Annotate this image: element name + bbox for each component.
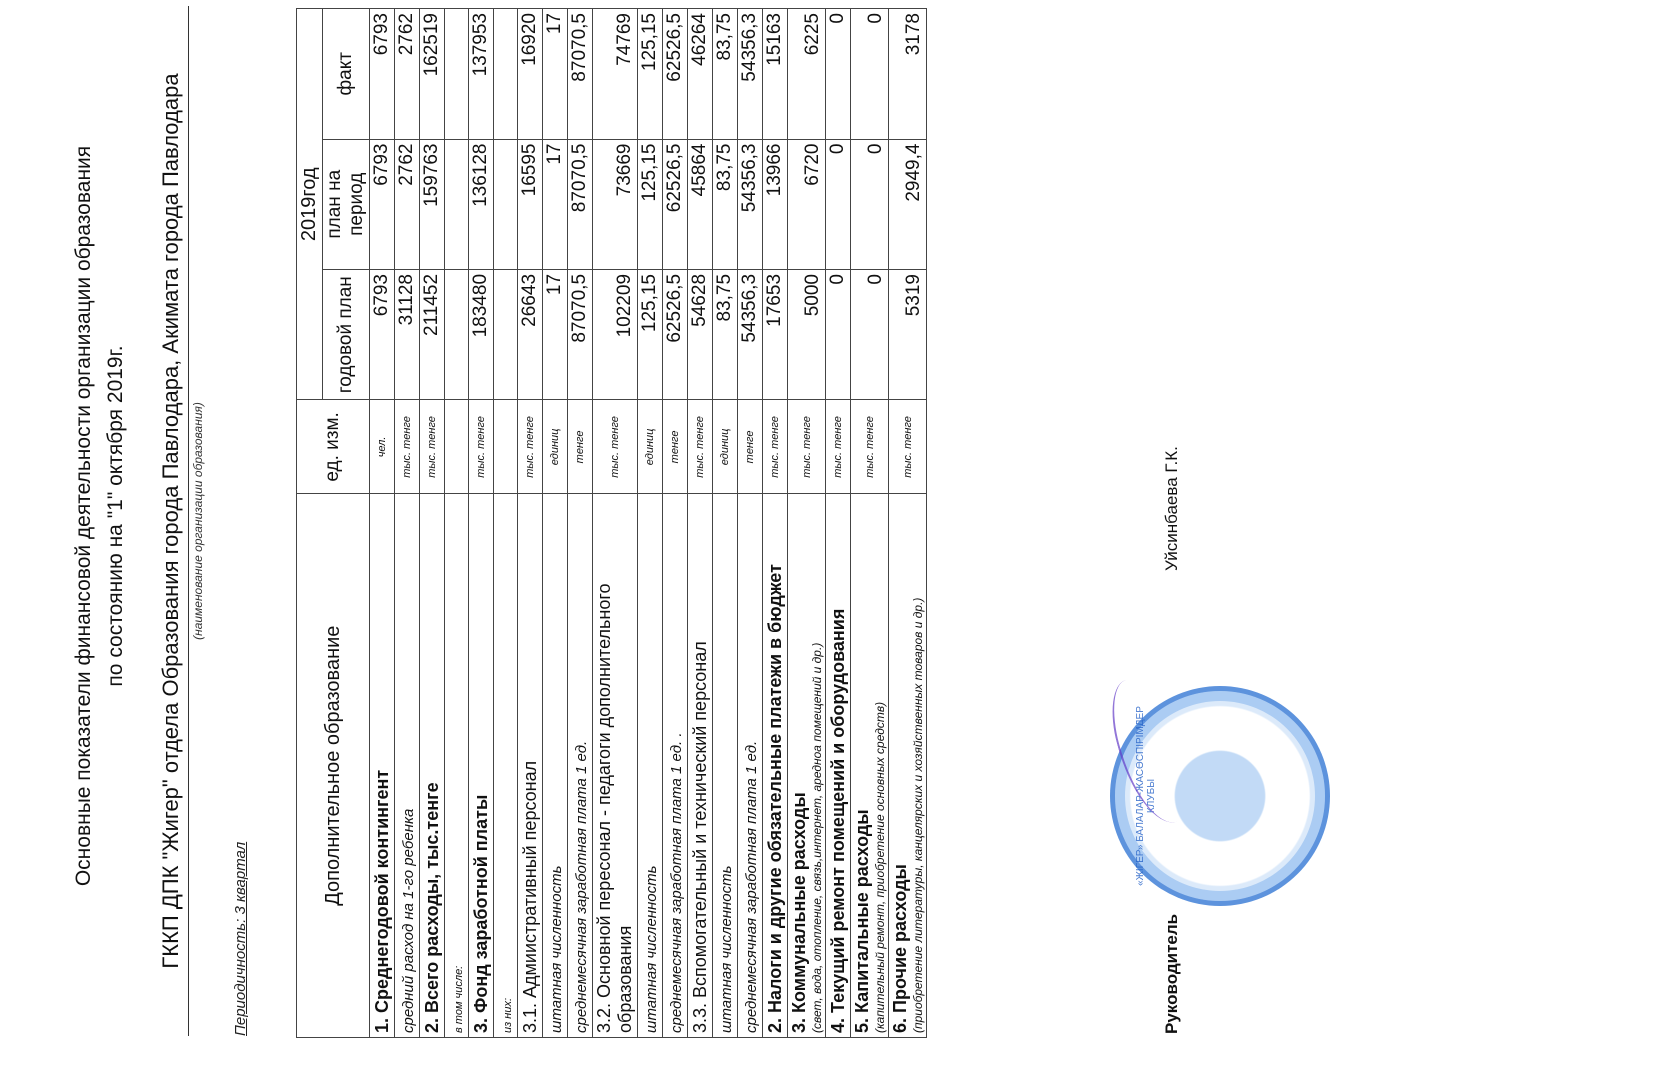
cell-fact: 17 [543,9,568,140]
table-row: 4. Текущий ремонт помещений и оборудован… [826,9,851,1038]
table-row: 3. Коммунальные расходы(свет, вода, отоп… [788,9,826,1038]
cell-fact: 62526,5 [663,9,688,140]
row-unit: единиц [638,400,663,494]
table-row: 3. Фонд заработной платытыс. тенге183480… [469,9,494,1038]
row-name: 3. Коммунальные расходы(свет, вода, отоп… [788,494,826,1038]
cell-fact [494,9,518,140]
row-name: 3.3. Вспомогательный и технический персо… [688,494,713,1038]
column-header-fact: факт [323,9,370,140]
row-name: 3.2. Основной пересонал - педагоги допол… [593,494,638,1038]
cell-fact: 3178 [889,9,927,140]
organization-underline [188,6,189,1036]
row-unit: чел. [370,400,395,494]
row-name: средний расход на 1-го ребенка [395,494,420,1038]
cell-period-plan: 87070,5 [568,139,593,269]
cell-annual-plan: 54356,3 [738,269,763,400]
cell-fact: 0 [826,9,851,140]
signer-label: Руководитель [1162,914,1182,1034]
row-name: 3. Фонд заработной платы [469,494,494,1038]
cell-period-plan: 6793 [370,139,395,269]
row-note: (приобретение литературы, канцелярских и… [911,498,925,1033]
table-row: 6. Прочие расходы(приобретение литератур… [889,9,927,1038]
cell-period-plan: 6720 [788,139,826,269]
table-row: 2. Всего расходы, тыс.тенгетыс. тенге211… [420,9,445,1038]
cell-fact [445,9,469,140]
cell-period-plan: 0 [826,139,851,269]
table-row: 1. Среднегодовой контингентчел.679367936… [370,9,395,1038]
row-unit: тыс. тенге [788,400,826,494]
report-date: по состоянию на "1" октября 2019г. [104,46,128,986]
row-unit: тенге [568,400,593,494]
column-header-year: 2019год [297,9,323,401]
row-name: 1. Среднегодовой контингент [370,494,395,1038]
row-name: из них: [494,494,518,1038]
cell-fact: 6225 [788,9,826,140]
row-name: 6. Прочие расходы(приобретение литератур… [889,494,927,1038]
cell-period-plan: 136128 [469,139,494,269]
cell-period-plan: 2949,4 [889,139,927,269]
row-unit: тыс. тенге [518,400,543,494]
row-unit: тыс. тенге [395,400,420,494]
table-row: штатная численностьединиц83,7583,7583,75 [713,9,738,1038]
report-title: Основные показатели финансовой деятельно… [72,46,96,986]
cell-annual-plan [445,269,469,400]
cell-period-plan: 13966 [763,139,788,269]
periodicity: Периодичность: 3 квартал [232,842,249,1036]
cell-annual-plan: 26643 [518,269,543,400]
row-note: (свет, вода, отопление, связь,интернет, … [810,498,824,1033]
cell-annual-plan: 0 [826,269,851,400]
cell-period-plan: 45864 [688,139,713,269]
row-name: в том числе: [445,494,469,1038]
row-unit: единиц [713,400,738,494]
row-name: 2. Налоги и другие обязательные платежи … [763,494,788,1038]
cell-fact: 87070,5 [568,9,593,140]
column-header-annual-plan: годовой план [323,269,370,400]
cell-annual-plan: 125,15 [638,269,663,400]
cell-fact: 83,75 [713,9,738,140]
signer-name: Уйсинбаева Г.К. [1162,446,1182,571]
cell-annual-plan: 0 [851,269,889,400]
cell-fact: 162519 [420,9,445,140]
row-unit: тыс. тенге [889,400,927,494]
row-unit: тыс. тенге [688,400,713,494]
cell-annual-plan: 5319 [889,269,927,400]
table-row: штатная численностьединиц171717 [543,9,568,1038]
table-row: из них: [494,9,518,1038]
cell-fact: 74769 [593,9,638,140]
cell-period-plan: 62526,5 [663,139,688,269]
cell-fact: 125,15 [638,9,663,140]
cell-annual-plan: 87070,5 [568,269,593,400]
table-row: в том числе: [445,9,469,1038]
table-row: среднемесячная заработная плата 1 ед. .т… [663,9,688,1038]
table-row: среднемесячная заработная плата 1 ед.тен… [738,9,763,1038]
cell-fact: 0 [851,9,889,140]
table-row: 3.3. Вспомогательный и технический персо… [688,9,713,1038]
row-unit: тенге [663,400,688,494]
row-name: среднемесячная заработная плата 1 ед. [738,494,763,1038]
row-unit: тенге [738,400,763,494]
cell-period-plan: 125,15 [638,139,663,269]
cell-annual-plan: 17 [543,269,568,400]
row-name: 4. Текущий ремонт помещений и оборудован… [826,494,851,1038]
table-row: 2. Налоги и другие обязательные платежи … [763,9,788,1038]
cell-fact: 15163 [763,9,788,140]
cell-annual-plan: 211452 [420,269,445,400]
cell-period-plan [494,139,518,269]
row-unit: тыс. тенге [763,400,788,494]
cell-period-plan: 2762 [395,139,420,269]
cell-annual-plan: 102209 [593,269,638,400]
cell-annual-plan: 54628 [688,269,713,400]
table-row: средний расход на 1-го ребенкатыс. тенге… [395,9,420,1038]
cell-annual-plan: 17653 [763,269,788,400]
cell-annual-plan: 83,75 [713,269,738,400]
row-unit: тыс. тенге [420,400,445,494]
rotated-document-page: Основные показатели финансовой деятельно… [0,0,1660,1076]
cell-period-plan: 0 [851,139,889,269]
cell-period-plan: 73669 [593,139,638,269]
cell-annual-plan: 183480 [469,269,494,400]
column-header-unit: ед. изм. [297,400,370,494]
row-name: среднемесячная заработная плата 1 ед. . [663,494,688,1038]
cell-fact: 46264 [688,9,713,140]
row-unit: тыс. тенге [851,400,889,494]
table-row: 3.2. Основной пересонал - педагоги допол… [593,9,638,1038]
row-name: среднемесячная заработная плата 1 ед. [568,494,593,1038]
financial-indicators-table: Дополнительное образование ед. изм. 2019… [296,8,927,1038]
row-unit [445,400,469,494]
row-unit: единиц [543,400,568,494]
cell-period-plan: 159763 [420,139,445,269]
table-row: среднемесячная заработная плата 1 ед.тен… [568,9,593,1038]
table-row: штатная численностьединиц125,15125,15125… [638,9,663,1038]
column-header-period-plan: план на период [323,139,370,269]
cell-annual-plan [494,269,518,400]
organization-name: ГККП ДПК "Жигер" отдела Образования горо… [158,6,184,1036]
row-name: штатная численность [543,494,568,1038]
row-name: штатная численность [638,494,663,1038]
row-unit [494,400,518,494]
cell-period-plan: 54356,3 [738,139,763,269]
organization-hint: (наименование организации образования) [191,6,205,1036]
cell-fact: 6793 [370,9,395,140]
cell-annual-plan: 5000 [788,269,826,400]
cell-period-plan [445,139,469,269]
column-header-name: Дополнительное образование [297,494,370,1038]
cell-fact: 54356,3 [738,9,763,140]
row-name: 2. Всего расходы, тыс.тенге [420,494,445,1038]
cell-period-plan: 16595 [518,139,543,269]
row-note: (капительный ремонт, приобретение основн… [873,498,887,1033]
cell-annual-plan: 6793 [370,269,395,400]
row-unit: тыс. тенге [469,400,494,494]
table-row: 3.1. Адмиистративный персоналтыс. тенге2… [518,9,543,1038]
row-name: 5. Капитальные расходы(капительный ремон… [851,494,889,1038]
cell-fact: 137953 [469,9,494,140]
cell-period-plan: 17 [543,139,568,269]
row-name: 3.1. Адмиистративный персонал [518,494,543,1038]
row-name: штатная численность [713,494,738,1038]
cell-fact: 16920 [518,9,543,140]
table-row: 5. Капитальные расходы(капительный ремон… [851,9,889,1038]
cell-fact: 2762 [395,9,420,140]
row-unit: тыс. тенге [593,400,638,494]
cell-annual-plan: 31128 [395,269,420,400]
cell-annual-plan: 62526,5 [663,269,688,400]
cell-period-plan: 83,75 [713,139,738,269]
row-unit: тыс. тенге [826,400,851,494]
